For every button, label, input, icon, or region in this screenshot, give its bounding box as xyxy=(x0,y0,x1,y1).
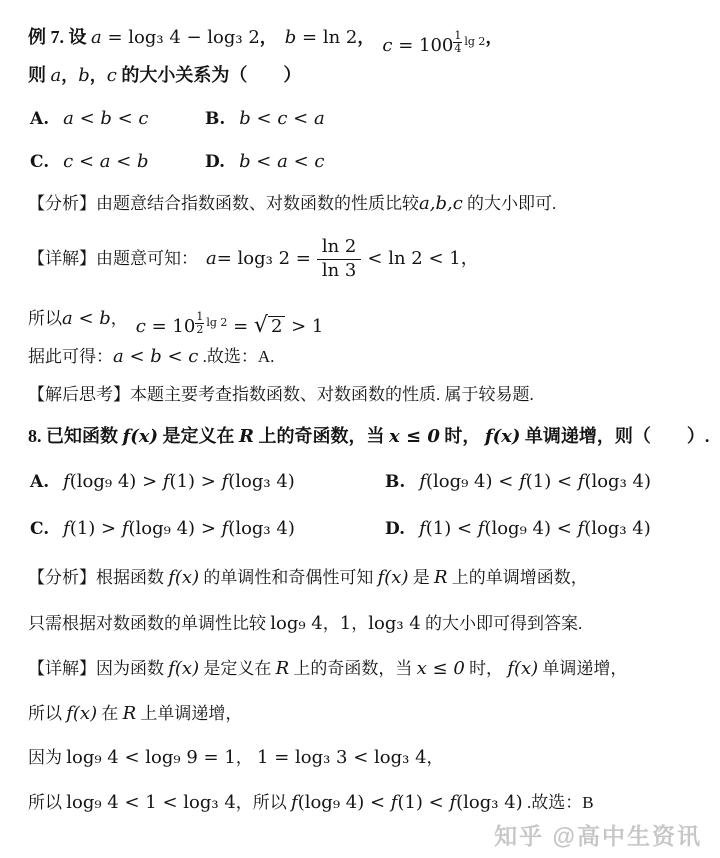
arg: (log₃ 4) xyxy=(228,518,295,539)
q7-option-c: C.c < a < b xyxy=(30,150,149,173)
option-label: B. xyxy=(385,472,405,492)
arg: (1) xyxy=(70,518,96,539)
q7-c-value-expression: c = 1012lg 2 = √2 > 1 xyxy=(136,311,324,338)
detail-a-eq: = log₃ 2 = xyxy=(217,247,311,270)
q8-detail-line3: 因为 log₉ 4 < log₉ 9 = 1， 1 = log₃ 3 < log… xyxy=(28,746,444,769)
comma: ， xyxy=(485,28,502,47)
detail-tag: 【详解】 xyxy=(28,248,96,270)
fraction-ln2-ln3: ln 2ln 3 xyxy=(317,236,362,282)
op: < xyxy=(451,518,478,539)
q8-option-a: A.f(log₉ 4) > f(1) > f(log₃ 4) xyxy=(30,470,295,493)
comma: ， xyxy=(323,614,340,633)
text: 在 xyxy=(97,704,123,723)
x-leq-0: x ≤ 0 xyxy=(417,658,465,679)
comma: ， xyxy=(90,66,107,85)
text: 时， xyxy=(465,659,508,678)
q8-conclusion: 所以 log₉ 4 < 1 < log₃ 4，所以 f(log₉ 4) < f(… xyxy=(28,791,594,814)
c-exponent: 12lg 2 xyxy=(195,311,227,335)
fx-notation: f(x) xyxy=(168,567,199,588)
arg: (log₉ 4) xyxy=(298,792,365,813)
q7-label: 例 7. xyxy=(28,27,64,47)
exponent-denominator: 4 xyxy=(454,43,461,55)
log3-4: log₃ 4 xyxy=(368,613,421,634)
analysis-text: 由题意结合指数函数、对数函数的性质比较 xyxy=(96,194,419,213)
f: f xyxy=(163,471,170,492)
var-c: c xyxy=(107,65,117,86)
op: > xyxy=(136,471,163,492)
exponent-lg2: lg 2 xyxy=(206,317,227,329)
conclusion-pre: 据此可得： xyxy=(28,347,113,366)
text: 根据函数 xyxy=(96,568,168,587)
exponent-numerator: 1 xyxy=(195,311,204,324)
var-b: b xyxy=(78,65,90,86)
fraction-numerator: ln 2 xyxy=(317,236,362,260)
conclusion-answer: .故选：A. xyxy=(198,347,274,366)
text: 上单调递增， xyxy=(136,704,242,723)
text: 所以 xyxy=(28,793,66,812)
option-label: D. xyxy=(385,519,405,539)
q8-detail-line1: 【详解】因为函数 f(x) 是定义在 R 上的奇函数，当 x ≤ 0 时， f(… xyxy=(28,657,627,680)
option-label: A. xyxy=(30,472,49,492)
q7-a-expression: = log₃ 4 − log₃ 2 xyxy=(102,27,260,48)
q8-label: 8. xyxy=(28,426,42,446)
arg: (log₉ 4) xyxy=(484,518,551,539)
q7-c-base: = 100 xyxy=(392,35,453,56)
q7-conclusion: 据此可得：a < b < c .故选：A. xyxy=(28,345,274,368)
text: 所以 xyxy=(28,704,66,723)
q7-detail-line1: 【详解】由题意可知：a = log₃ 2 =ln 2ln 3< ln 2 < 1… xyxy=(28,232,479,286)
log-inequality-3: log₉ 4 < 1 < log₃ 4 xyxy=(66,792,236,813)
arg: (log₉ 4) xyxy=(129,518,196,539)
q7-c-expression: c = 10014lg 2 xyxy=(382,30,485,57)
f: f xyxy=(419,471,426,492)
op: < xyxy=(493,471,520,492)
arg: (log₃ 4) xyxy=(584,471,651,492)
text: 是 xyxy=(408,568,434,587)
f: f xyxy=(63,518,70,539)
option-text: b < a < c xyxy=(239,151,324,172)
set-R: R xyxy=(123,703,137,724)
suoyi-text: 所以 xyxy=(28,309,62,328)
text: 只需根据对数函数的单调性比较 xyxy=(28,614,270,633)
arg: (1) xyxy=(397,792,423,813)
option-label: C. xyxy=(30,152,49,172)
option-label: C. xyxy=(30,519,49,539)
q7-she: 设 xyxy=(64,27,91,47)
f: f xyxy=(291,792,298,813)
comma: ， xyxy=(61,66,78,85)
option-text: c < a < b xyxy=(63,151,148,172)
q7-stem-line2: 则 a，b，c 的大小关系为（ ） xyxy=(28,64,301,87)
q7-var-a: a xyxy=(91,27,102,48)
log-inequality-1: log₉ 4 < log₉ 9 = 1 xyxy=(66,747,236,768)
analysis-tag: 【分析】 xyxy=(28,194,96,213)
radicand: 2 xyxy=(268,316,285,338)
log9-4: log₉ 4 xyxy=(270,613,323,634)
exponent-lg2: lg 2 xyxy=(464,36,485,48)
fx-notation: f(x) xyxy=(378,567,409,588)
text: 因为函数 xyxy=(96,659,168,678)
option-label: D. xyxy=(205,152,225,172)
q8-option-b: B.f(log₉ 4) < f(1) < f(log₃ 4) xyxy=(385,470,651,493)
analysis-vars: a,b,c xyxy=(419,193,463,214)
reflection-tag: 【解后思考】 xyxy=(28,385,130,404)
op: < xyxy=(423,792,450,813)
reflection-text: 本题主要考查指数函数、对数函数的性质. 属于较易题. xyxy=(130,385,534,404)
q8-detail-line2: 所以 f(x) 在 R 上单调递增， xyxy=(28,702,242,725)
q8-text-1: 已知函数 xyxy=(42,426,123,446)
q8-analysis-line1: 【分析】根据函数 f(x) 的单调性和奇偶性可知 f(x) 是 R 上的单调增函… xyxy=(28,566,588,589)
set-R: R xyxy=(239,426,254,447)
option-text: a < b < c xyxy=(63,108,148,129)
var-c: c xyxy=(136,316,146,337)
radical-sign: √ xyxy=(254,315,268,337)
arg: (log₉ 4) xyxy=(426,471,493,492)
fx-notation: f(x) xyxy=(66,703,97,724)
fraction-denominator: ln 3 xyxy=(317,260,362,283)
math-worksheet-page: 例 7. 设 a = log₃ 4 − log₃ 2，b = ln 2，c = … xyxy=(0,0,720,858)
q8-analysis-line2: 只需根据对数函数的单调性比较 log₉ 4，1，log₃ 4 的大小即可得到答案… xyxy=(28,612,582,635)
f: f xyxy=(122,518,129,539)
op: > xyxy=(95,518,122,539)
log-inequality-2: 1 = log₃ 3 < log₃ 4 xyxy=(257,747,427,768)
q7-reflection: 【解后思考】本题主要考查指数函数、对数函数的性质. 属于较易题. xyxy=(28,384,534,406)
comma: ， xyxy=(427,748,444,767)
arg: (log₃ 4) xyxy=(456,792,523,813)
text: ，所以 xyxy=(236,793,291,812)
arg: (log₃ 4) xyxy=(228,471,295,492)
comma: ， xyxy=(351,614,368,633)
q7-analysis: 【分析】由题意结合指数函数、对数函数的性质比较a,b,c 的大小即可. xyxy=(28,192,556,215)
q8-text-4: 时， xyxy=(440,426,485,446)
q7-var-b: b xyxy=(285,27,297,48)
option-label: A. xyxy=(30,109,49,129)
detail-intro: 由题意可知： xyxy=(96,248,198,270)
fx-notation: f(x) xyxy=(507,658,538,679)
sqrt-2: √2 xyxy=(254,315,285,338)
fx-notation: f(x) xyxy=(123,426,159,447)
text: 是定义在 xyxy=(199,659,276,678)
q8-text-5: 单调递增，则（ ）. xyxy=(520,426,709,446)
q7-var-c: c xyxy=(382,35,392,56)
answer-text: .故选：B xyxy=(523,793,594,812)
arg: (log₉ 4) xyxy=(70,471,137,492)
q7-question-rest: 的大小关系为（ ） xyxy=(117,65,302,85)
exponent-denominator: 2 xyxy=(196,324,203,336)
c-base-10: = 10 xyxy=(146,316,195,337)
q8-option-d: D.f(1) < f(log₉ 4) < f(log₃ 4) xyxy=(385,517,651,540)
q7-c-exponent: 14lg 2 xyxy=(453,30,485,54)
f: f xyxy=(419,518,426,539)
set-R: R xyxy=(276,658,290,679)
arg: (1) xyxy=(526,471,552,492)
zhihu-watermark: 知乎 @高中生资讯 xyxy=(494,818,702,851)
text: 上的奇函数，当 xyxy=(289,659,417,678)
comma: ， xyxy=(236,748,257,767)
var-a: a xyxy=(206,247,217,270)
q7-option-b: B.b < c < a xyxy=(205,107,325,130)
text: 因为 xyxy=(28,748,66,767)
detail-tag: 【详解】 xyxy=(28,659,96,678)
q7-then: 则 xyxy=(28,65,51,85)
q7-option-a: A.a < b < c xyxy=(30,107,149,130)
f: f xyxy=(519,471,526,492)
text: 单调递增， xyxy=(538,659,627,678)
gt-1: > 1 xyxy=(285,316,323,337)
x-leq-0: x ≤ 0 xyxy=(389,426,440,447)
comma: ， xyxy=(260,28,277,47)
fx-notation: f(x) xyxy=(168,658,199,679)
set-R: R xyxy=(434,567,448,588)
q8-text-3: 上的奇函数，当 xyxy=(254,426,389,446)
option-label: B. xyxy=(205,109,225,129)
var-a: a xyxy=(51,65,62,86)
q7-b-expression: = ln 2 xyxy=(296,27,357,48)
op: < xyxy=(364,792,391,813)
equals: = xyxy=(227,316,254,337)
text: 的大小即可得到答案. xyxy=(421,614,583,633)
q7-stem-line1: 例 7. 设 a = log₃ 4 − log₃ 2，b = ln 2，c = … xyxy=(28,22,502,49)
detail-after-frac: < ln 2 < 1， xyxy=(367,247,478,270)
q8-text-2: 是定义在 xyxy=(158,426,239,446)
q7-detail-line2: 所以a < b，c = 1012lg 2 = √2 > 1 xyxy=(28,303,323,330)
exponent-numerator: 1 xyxy=(453,30,462,43)
analysis-tag: 【分析】 xyxy=(28,568,96,587)
arg: (1) xyxy=(426,518,452,539)
q7-option-d: D.b < a < c xyxy=(205,150,324,173)
fx-notation: f(x) xyxy=(485,426,521,447)
conclusion-inequality: a < b < c xyxy=(113,346,198,367)
f: f xyxy=(63,471,70,492)
q8-stem: 8. 已知函数 f(x) 是定义在 R 上的奇函数，当 x ≤ 0 时， f(x… xyxy=(28,425,709,448)
text: 上的单调增函数， xyxy=(448,568,588,587)
comma: ， xyxy=(357,28,374,47)
op: < xyxy=(551,518,578,539)
text: 的单调性和奇偶性可知 xyxy=(199,568,378,587)
analysis-text-2: 的大小即可. xyxy=(463,194,557,213)
option-text: b < c < a xyxy=(239,108,324,129)
one: 1 xyxy=(340,613,351,634)
q8-option-c: C.f(1) > f(log₉ 4) > f(log₃ 4) xyxy=(30,517,295,540)
op: > xyxy=(195,518,222,539)
op: < xyxy=(551,471,578,492)
arg: (log₃ 4) xyxy=(584,518,651,539)
op: > xyxy=(195,471,222,492)
comma: ， xyxy=(111,309,128,328)
a-lt-b: a < b xyxy=(62,308,111,329)
arg: (1) xyxy=(170,471,196,492)
